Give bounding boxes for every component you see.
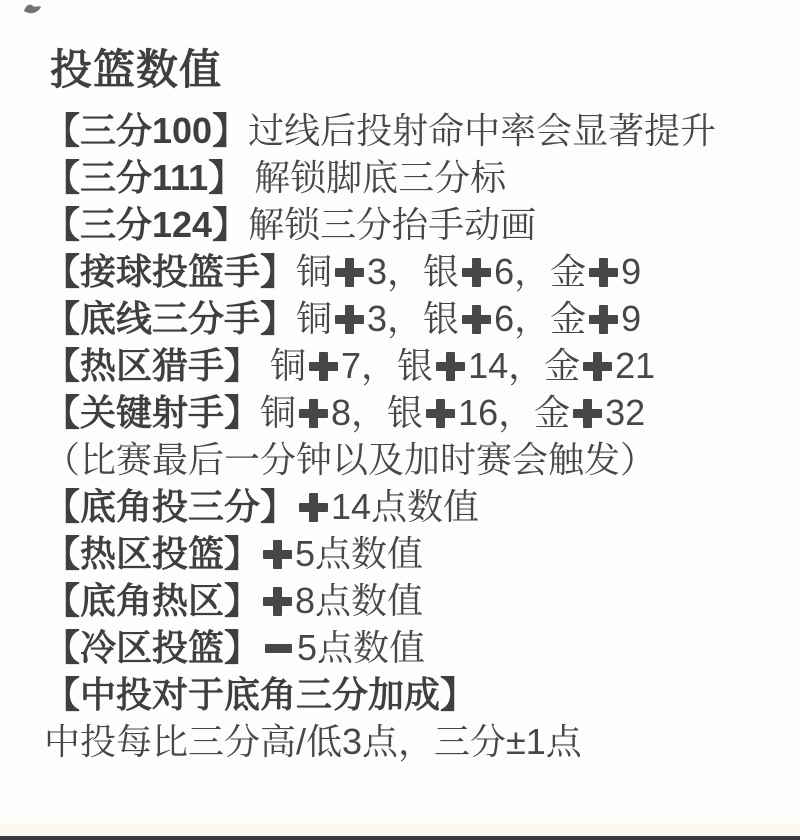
stat-line: 【热区投篮】5点数值	[44, 530, 790, 577]
plus-icon	[573, 399, 602, 428]
stat-label: 【三分124】	[44, 204, 248, 245]
stat-line: 【底线三分手】铜3，银6，金9	[44, 295, 790, 342]
stat-text: 5点数值	[297, 627, 425, 668]
stat-label: 【底线三分手】	[44, 298, 296, 339]
stat-label: 【热区投篮】	[44, 533, 260, 574]
stat-line: 【中投对于底角三分加成】	[44, 671, 790, 718]
stat-text: 铜	[296, 251, 332, 292]
stat-list: 【三分100】过线后投射命中率会显著提升【三分111】 解锁脚底三分标【三分12…	[44, 107, 790, 765]
plus-icon	[299, 399, 328, 428]
plus-icon	[309, 352, 338, 381]
stat-text: 14，金	[468, 345, 580, 386]
stat-line: 【热区猎手】 铜7，银14，金21	[44, 342, 790, 389]
minus-icon	[265, 644, 292, 653]
stat-line: 【底角投三分】14点数值	[44, 483, 790, 530]
stat-text: 14点数值	[331, 486, 479, 527]
stat-text: 6，金	[494, 251, 586, 292]
stat-line: 中投每比三分高/低3点，三分±1点	[44, 718, 790, 765]
stat-text: 8，银	[331, 392, 423, 433]
stat-label: 【三分111】	[44, 157, 244, 198]
stat-line: 【三分124】解锁三分抬手动画	[44, 201, 790, 248]
stat-line: 【关键射手】铜8，银16，金32	[44, 389, 790, 436]
plus-icon	[436, 352, 465, 381]
stat-text: 过线后投射命中率会显著提升	[248, 110, 716, 151]
stat-text: 解锁脚底三分标	[244, 157, 506, 198]
stat-label: 【中投对于底角三分加成】	[44, 674, 476, 715]
plus-icon	[589, 305, 618, 334]
plus-icon	[583, 352, 612, 381]
stat-label: 【热区猎手】	[44, 345, 260, 386]
stat-text: 8点数值	[295, 580, 423, 621]
stat-text: 铜	[260, 345, 306, 386]
stat-text: 16，金	[458, 392, 570, 433]
stat-line: （比赛最后一分钟以及加时赛会触发）	[44, 436, 790, 483]
page-title: 投篮数值	[50, 46, 222, 94]
stat-text: 5点数值	[295, 533, 423, 574]
stat-text: 7，银	[341, 345, 433, 386]
stat-text: （比赛最后一分钟以及加时赛会触发）	[44, 439, 656, 480]
stat-line: 【底角热区】8点数值	[44, 577, 790, 624]
stat-text: 3，银	[367, 251, 459, 292]
stat-text: 3，银	[367, 298, 459, 339]
stat-line: 【三分111】 解锁脚底三分标	[44, 154, 790, 201]
stat-text: 9	[621, 298, 641, 339]
stat-text: 21	[615, 345, 655, 386]
stat-text: 中投每比三分高/低3点，三分±1点	[44, 721, 582, 762]
stat-label: 【接球投篮手】	[44, 251, 296, 292]
stat-line: 【冷区投篮】5点数值	[44, 624, 790, 671]
corner-smudge-mark	[22, 2, 44, 16]
stat-label: 【关键射手】	[44, 392, 260, 433]
stat-label: 【三分100】	[44, 110, 248, 151]
plus-icon	[589, 258, 618, 287]
plus-icon	[426, 399, 455, 428]
bottom-bar	[0, 836, 800, 840]
plus-icon	[335, 305, 364, 334]
stat-text: 9	[621, 251, 641, 292]
bottom-strip	[0, 823, 800, 836]
plus-icon	[263, 587, 292, 616]
stat-label: 【底角投三分】	[44, 486, 296, 527]
note-page: 投篮数值 【三分100】过线后投射命中率会显著提升【三分111】 解锁脚底三分标…	[0, 0, 800, 840]
stat-text: 32	[605, 392, 645, 433]
plus-icon	[462, 258, 491, 287]
plus-icon	[462, 305, 491, 334]
stat-line: 【接球投篮手】铜3，银6，金9	[44, 248, 790, 295]
plus-icon	[263, 540, 292, 569]
stat-label: 【冷区投篮】	[44, 627, 260, 668]
stat-text: 6，金	[494, 298, 586, 339]
stat-text: 铜	[260, 392, 296, 433]
stat-text: 铜	[296, 298, 332, 339]
plus-icon	[335, 258, 364, 287]
stat-line: 【三分100】过线后投射命中率会显著提升	[44, 107, 790, 154]
stat-text: 解锁三分抬手动画	[248, 204, 536, 245]
stat-label: 【底角热区】	[44, 580, 260, 621]
plus-icon	[299, 493, 328, 522]
